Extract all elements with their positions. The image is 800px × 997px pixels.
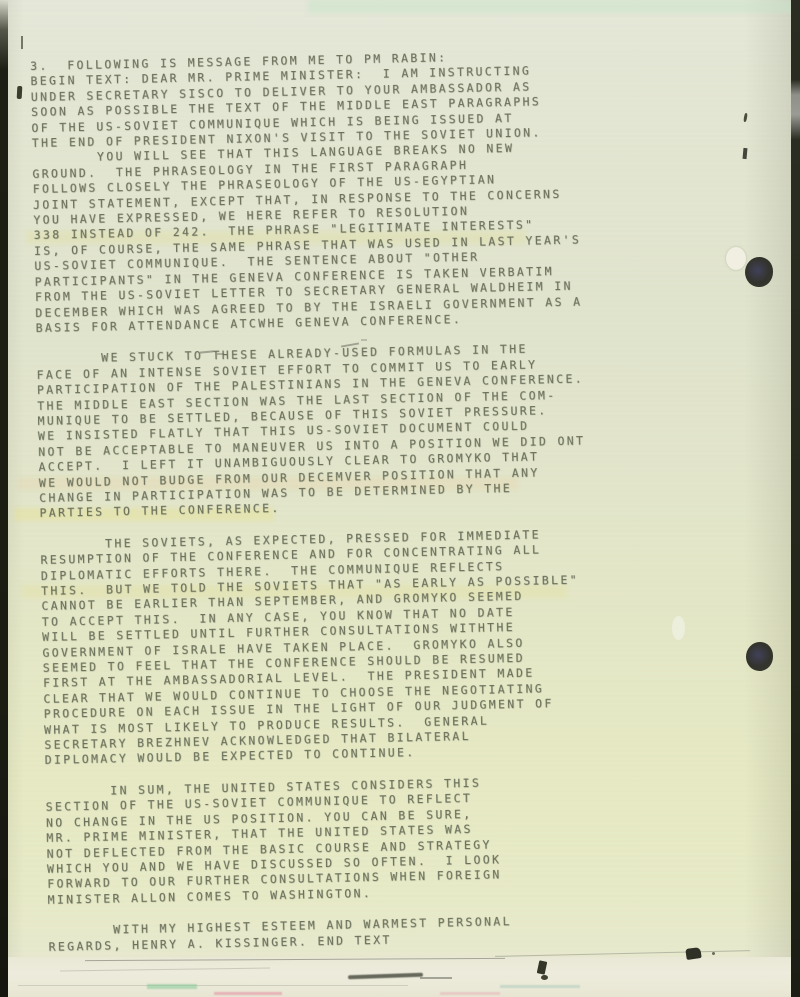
- ink-dot: [541, 975, 548, 980]
- top-scan-tint: [308, 0, 800, 13]
- paragraph-block-1: 3. FOLLOWING IS MESSAGE FROM ME TO PM RA…: [30, 46, 656, 336]
- scanned-document-page: { "document": { "kind": "Scanned typewri…: [0, 0, 800, 997]
- ink-smudge: [420, 977, 452, 979]
- ink-mark: [21, 36, 23, 49]
- paragraph-block-5: WITH MY HIGHEST ESTEEM AND WARMEST PERSO…: [48, 911, 669, 955]
- typed-text: 3. FOLLOWING IS MESSAGE FROM ME TO PM RA…: [30, 46, 669, 971]
- scanner-edge-left: [0, 0, 8, 997]
- pencil-dash: [361, 339, 367, 341]
- ink-mark: [17, 86, 23, 99]
- color-artifact-pink: [440, 992, 500, 995]
- color-artifact-teal: [500, 985, 580, 988]
- ink-dot: [712, 952, 715, 955]
- punch-hole-white: [726, 247, 746, 270]
- scanner-edge-right: [791, 0, 800, 997]
- sheet-edge-crease: [18, 985, 408, 986]
- color-artifact-pink: [214, 992, 282, 995]
- punch-hole-dark-1: [745, 257, 773, 287]
- ink-blot: [685, 947, 701, 960]
- color-artifact-green: [147, 984, 197, 989]
- paragraph-block-3: THE SOVIETS, AS EXPECTED, PRESSED FOR IM…: [40, 525, 665, 769]
- paragraph-block-4: IN SUM, THE UNITED STATES CONSIDERS THIS…: [45, 772, 667, 908]
- pencil-dash: [217, 353, 224, 355]
- punch-hole-white-partial: [672, 616, 685, 640]
- punch-hole-dark-2: [746, 642, 773, 671]
- paragraph-block-2: WE STUCK TO THESE ALREADY-USED FORMULAS …: [36, 339, 659, 521]
